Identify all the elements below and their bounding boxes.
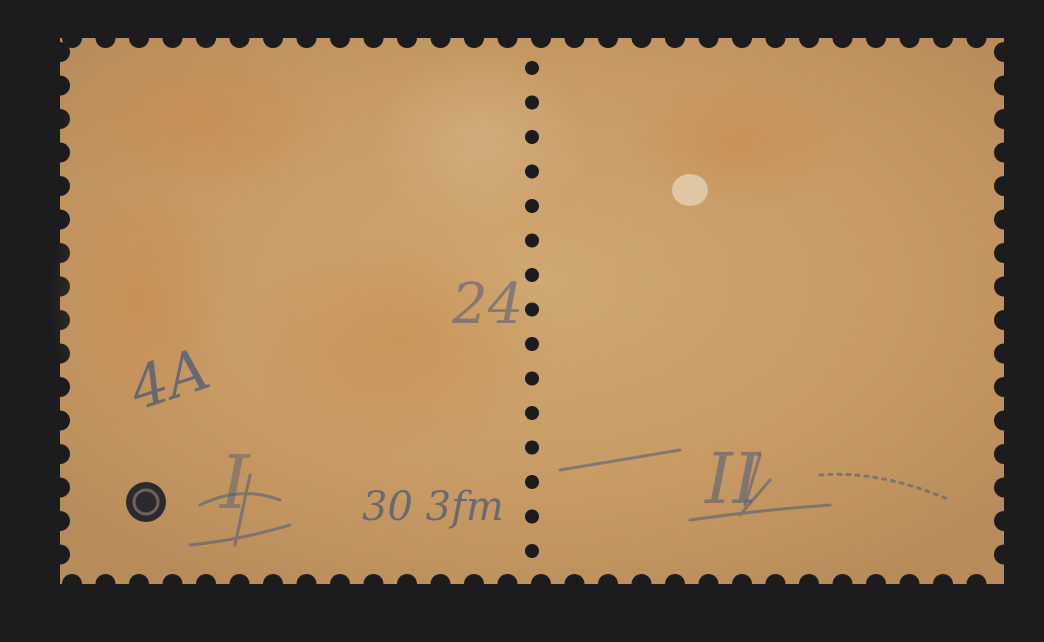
pencil-mark-left-bottom: I <box>220 440 249 526</box>
pencil-mark-center: 24 <box>452 272 523 337</box>
separating-perforation-line <box>525 61 539 558</box>
pencil-text-bottom: 30 3fm <box>362 484 504 530</box>
pencil-mark-right: II <box>705 438 760 520</box>
dealer-handstamp <box>126 482 166 522</box>
